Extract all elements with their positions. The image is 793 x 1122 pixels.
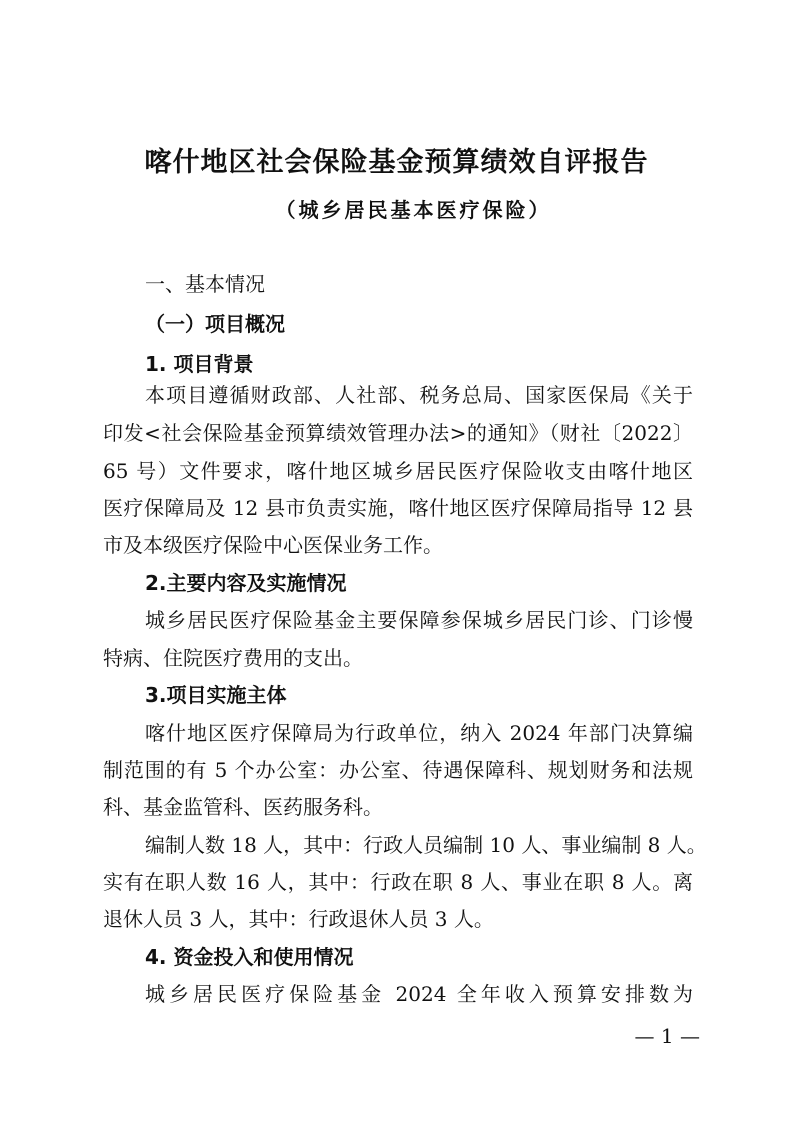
paragraph-line: 特病、住院医疗费用的支出。 xyxy=(103,644,693,672)
page-number: — 1 — xyxy=(620,1024,700,1048)
paragraph-line: 医疗保障局及 12 县市负责实施，喀什地区医疗保障局指导 12 县 xyxy=(103,494,693,522)
heading-implementing-entity: 3.项目实施主体 xyxy=(145,681,735,709)
heading-funding: 4. 资金投入和使用情况 xyxy=(145,943,735,971)
section-heading-basic-info: 一、基本情况 xyxy=(145,270,735,298)
paragraph-line: 城乡居民医疗保险基金 2024 全年收入预算安排数为 xyxy=(145,980,693,1008)
paragraph-line: 科、基金监管科、医药服务科。 xyxy=(103,793,693,821)
subsection-heading-project-overview: （一）项目概况 xyxy=(145,310,735,338)
paragraph-line: 实有在职人数 16 人，其中：行政在职 8 人、事业在职 8 人。离 xyxy=(103,868,693,896)
document-title: 喀什地区社会保险基金预算绩效自评报告 xyxy=(0,140,793,179)
paragraph-line: 城乡居民医疗保险基金主要保障参保城乡居民门诊、门诊慢 xyxy=(145,606,693,634)
heading-main-content: 2.主要内容及实施情况 xyxy=(145,569,735,597)
paragraph-line: 喀什地区医疗保障局为行政单位，纳入 2024 年部门决算编 xyxy=(145,719,693,747)
document-subtitle: （城乡居民基本医疗保险） xyxy=(0,194,793,223)
paragraph-line: 本项目遵循财政部、人社部、税务总局、国家医保局《关于 xyxy=(145,381,693,409)
paragraph-line: 制范围的有 5 个办公室：办公室、待遇保障科、规划财务和法规 xyxy=(103,756,693,784)
paragraph-line: 市及本级医疗保险中心医保业务工作。 xyxy=(103,531,693,559)
paragraph-line: 编制人数 18 人，其中：行政人员编制 10 人、事业编制 8 人。 xyxy=(145,831,693,859)
paragraph-line: 退休人员 3 人，其中：行政退休人员 3 人。 xyxy=(103,905,693,933)
heading-project-background: 1. 项目背景 xyxy=(145,350,735,378)
paragraph-line: 印发<社会保险基金预算绩效管理办法>的通知》（财社〔2022〕 xyxy=(103,419,693,447)
paragraph-line: 65 号）文件要求，喀什地区城乡居民医疗保险收支由喀什地区 xyxy=(103,457,693,485)
